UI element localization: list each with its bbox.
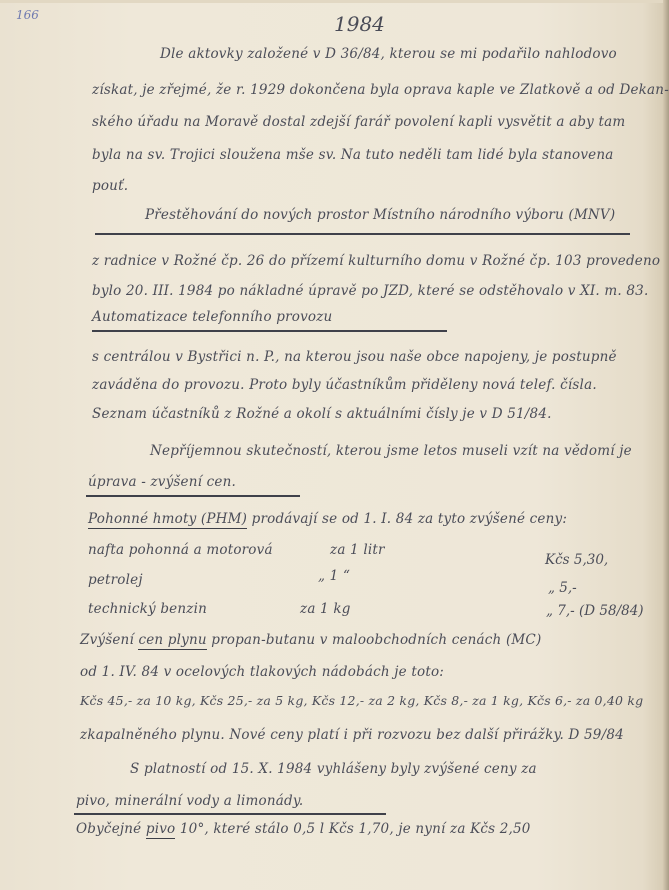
fuel-unit: za 1 litr xyxy=(330,542,385,558)
fuel-heading: Pohonné hmoty (PHM) xyxy=(88,511,247,529)
text-underline xyxy=(74,813,386,815)
text-line: pivo, minerální vody a limonády. xyxy=(76,793,303,809)
text-line: bylo 20. III. 1984 po nákladné úpravě po… xyxy=(92,283,648,299)
text-line: ského úřadu na Moravě dostal zdejší fará… xyxy=(92,114,625,130)
text-span: 10°, které stálo 0,5 l Kčs 1,70, je nyní… xyxy=(175,821,530,837)
text-line: S platností od 15. X. 1984 vyhlášeny byl… xyxy=(130,761,537,777)
fuel-unit: za 1 kg xyxy=(300,601,351,617)
text-line: Kčs 45,- za 10 kg, Kčs 25,- za 5 kg, Kčs… xyxy=(80,693,643,708)
fuel-price: „ 5,- xyxy=(548,580,577,596)
text-span: Zvýšení xyxy=(80,632,138,648)
text-span: Obyčejné xyxy=(76,821,146,837)
text-underline xyxy=(86,495,300,497)
page-number: 166 xyxy=(16,8,39,22)
text-line: byla na sv. Trojici sloužena mše sv. Na … xyxy=(92,147,614,163)
text-line: získat, je zřejmé, že r. 1929 dokončena … xyxy=(92,82,669,98)
text-line: s centrálou v Bystřici n. P., na kterou … xyxy=(92,349,617,365)
text-line: od 1. IV. 84 v ocelových tlakových nádob… xyxy=(80,664,444,680)
fuel-unit: „ 1 “ xyxy=(318,568,350,584)
text-line: zkapalněného plynu. Nové ceny platí i př… xyxy=(80,727,624,743)
fuel-intro: Pohonné hmoty (PHM) prodávají se od 1. I… xyxy=(88,511,567,527)
text-line: úprava - zvýšení cen. xyxy=(88,474,236,490)
fuel-item: technický benzin xyxy=(88,601,207,617)
text-line: Nepříjemnou skutečností, kterou jsme let… xyxy=(150,443,632,459)
underlined-text: pivo xyxy=(146,821,176,839)
section-heading-mnv: Přestěhování do nových prostor Místního … xyxy=(145,207,615,223)
text-span: propan-butanu v maloobchodních cenách (M… xyxy=(207,632,542,648)
heading-underline xyxy=(95,233,630,235)
fuel-intro-rest: prodávají se od 1. I. 84 za tyto zvýšené… xyxy=(252,511,567,527)
text-line: Obyčejné pivo 10°, které stálo 0,5 l Kčs… xyxy=(76,821,531,837)
text-line: z radnice v Rožné čp. 26 do přízemí kult… xyxy=(92,253,660,269)
fuel-price: Kčs 5,30, xyxy=(545,552,608,568)
fuel-item: petrolej xyxy=(88,572,143,588)
text-line: zaváděna do provozu. Proto byly účastník… xyxy=(92,377,597,393)
section-heading-telephone: Automatizace telefonního provozu xyxy=(92,309,332,325)
text-line: Dle aktovky založené v D 36/84, kterou s… xyxy=(160,46,617,62)
text-line: pouť. xyxy=(92,178,128,194)
page-edge-shadow xyxy=(663,0,669,890)
fuel-item: nafta pohonná a motorová xyxy=(88,542,273,558)
text-line: Zvýšení cen plynu propan-butanu v maloob… xyxy=(80,632,541,648)
page-year-heading: 1984 xyxy=(334,12,385,36)
fuel-price: „ 7,- (D 58/84) xyxy=(546,603,644,619)
heading-underline xyxy=(92,330,447,332)
chronicle-page: 166 1984 Dle aktovky založené v D 36/84,… xyxy=(0,0,669,890)
text-line: Seznam účastníků z Rožné a okolí s aktuá… xyxy=(92,406,552,422)
underlined-text: cen plynu xyxy=(138,632,206,650)
